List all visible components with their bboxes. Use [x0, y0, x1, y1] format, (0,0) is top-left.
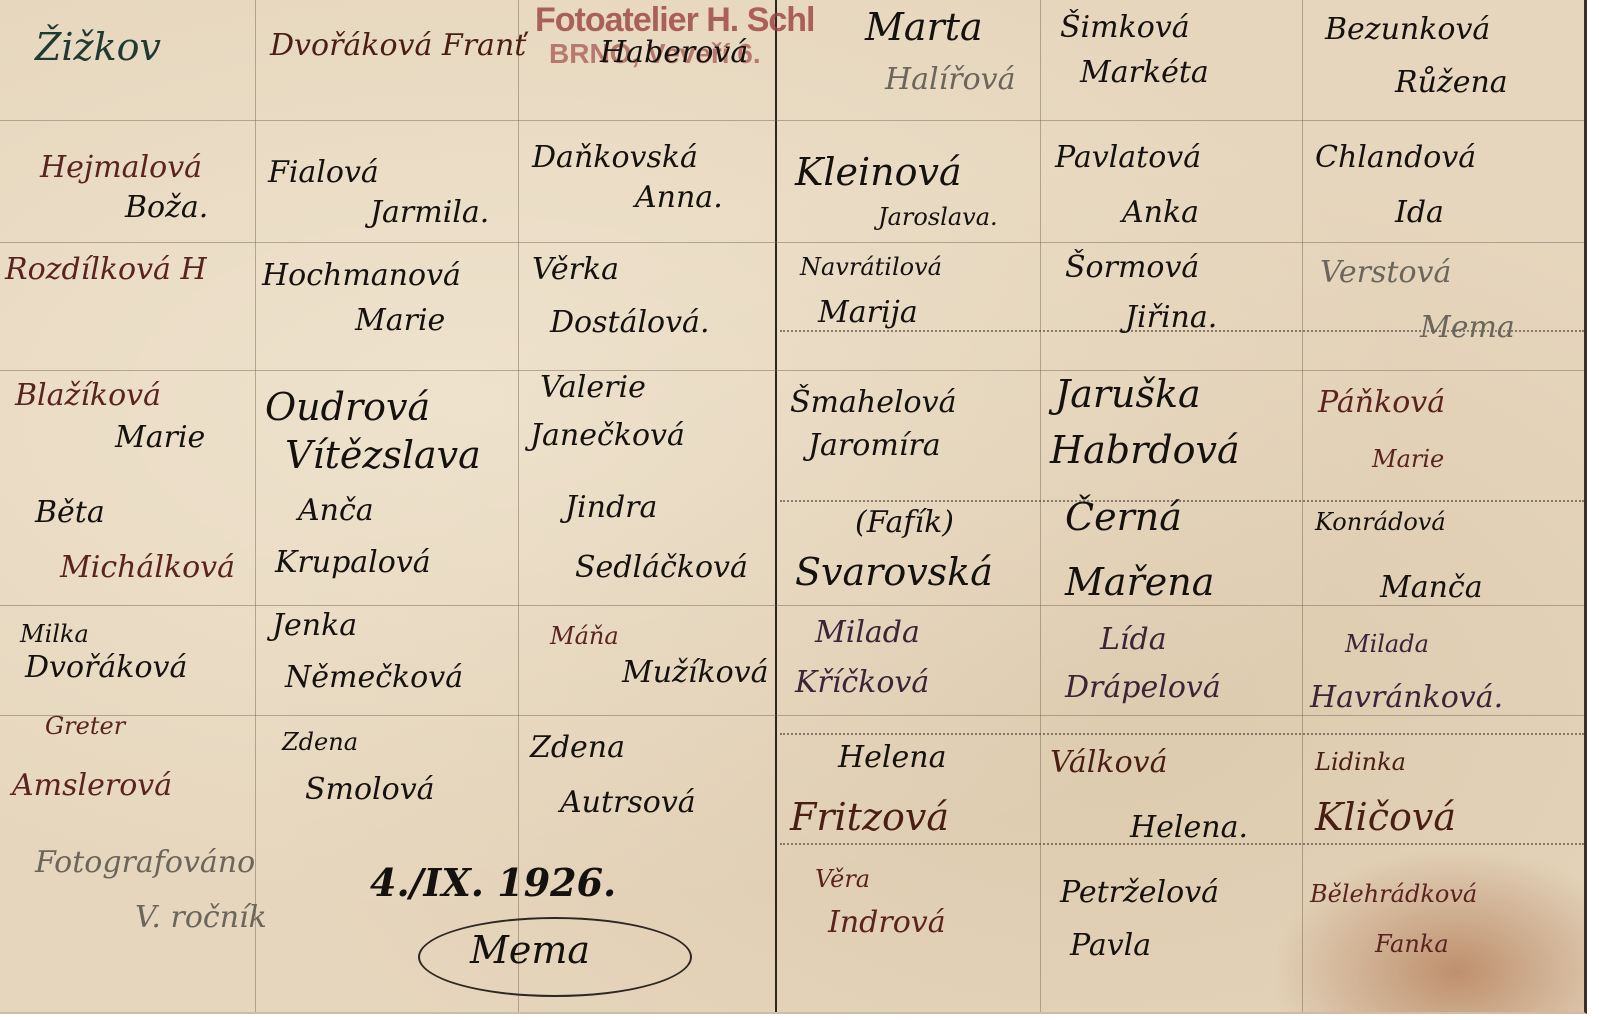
signature: Indrová	[828, 905, 946, 940]
signature: Lidinka	[1315, 748, 1406, 776]
signature: Fanka	[1375, 930, 1449, 958]
signature: Michálková	[60, 550, 235, 585]
signature: Fialová	[268, 155, 379, 190]
signature: Dostálová.	[550, 305, 709, 340]
signature: Autrsová	[560, 785, 696, 820]
signature: Blažíková	[15, 378, 161, 413]
grid-line	[0, 120, 1584, 121]
signature: Valerie	[540, 370, 646, 405]
grid-line	[780, 500, 1584, 502]
signature: Havránková.	[1310, 680, 1503, 715]
signature: Milada	[815, 615, 920, 650]
signature: Markéta	[1080, 55, 1209, 90]
signature: Páňková	[1318, 385, 1445, 420]
signature: Kleinová	[795, 150, 962, 194]
signature: Jiřina.	[1125, 300, 1217, 335]
signature: Zdena	[282, 728, 358, 756]
signature: Růžena	[1395, 65, 1508, 100]
signature: Oudrová	[265, 385, 430, 429]
signature: Smolová	[305, 772, 435, 807]
signature: Mužíková	[622, 655, 769, 690]
signature: Helena	[838, 740, 946, 775]
center-divider	[775, 0, 777, 1012]
signature: Bezunková	[1325, 12, 1490, 47]
grid-line	[0, 605, 1584, 606]
signature: Janečková	[530, 418, 685, 453]
signature: Vítězslava	[285, 433, 481, 477]
signature: Pavla	[1070, 928, 1151, 963]
signature: Dvořáková	[25, 650, 187, 685]
signature: Jaruška	[1055, 372, 1201, 416]
signature: Daňkovská	[532, 140, 698, 175]
signature: Boža.	[125, 190, 208, 225]
signature: Mařena	[1065, 560, 1214, 604]
signature: Marija	[818, 295, 918, 330]
signature: Ida	[1395, 195, 1444, 230]
signature: Hejmalová	[40, 150, 202, 185]
signature: Milka	[20, 620, 89, 648]
signature: Anča	[298, 493, 374, 528]
signature: Jaromíra	[808, 428, 941, 463]
grid-line	[1302, 0, 1303, 1012]
signature: Dvořáková Franť	[270, 28, 526, 63]
signature: Greter	[45, 712, 125, 740]
pencil-note: V. ročník	[135, 900, 267, 935]
signature: Navrátilová	[800, 253, 942, 281]
signature: Krupalová	[275, 545, 431, 580]
signature: (Fafík)	[855, 505, 954, 540]
grid-line	[0, 370, 1584, 371]
signature: Šimková	[1060, 10, 1190, 45]
signature: Verstová	[1320, 255, 1451, 290]
signature: Jindra	[565, 490, 657, 525]
signature: Halířová	[885, 62, 1015, 97]
stamp-line-1: Fotoatelier H. Schl	[535, 2, 815, 39]
signature: Kříčková	[795, 665, 929, 700]
signature: Fritzová	[790, 795, 949, 839]
signature: Černá	[1065, 495, 1182, 539]
signature: Chlandová	[1315, 140, 1476, 175]
signature: Běta	[35, 495, 105, 530]
circled-signature: Mema	[470, 928, 590, 972]
signature: Anka	[1122, 195, 1199, 230]
pencil-note: Fotografováno	[35, 845, 255, 880]
signature: Marie	[355, 303, 445, 338]
signature: Anna.	[635, 180, 723, 215]
signature: Jaroslava.	[878, 203, 998, 231]
grid-line	[0, 715, 1584, 716]
signature: Amslerová	[12, 768, 172, 803]
signature: Marie	[1372, 445, 1444, 473]
signature: Jenka	[272, 608, 357, 643]
signature: Zdena	[530, 730, 625, 765]
signature: Petrželová	[1060, 875, 1219, 910]
signature: Rozdílková H	[5, 252, 207, 287]
signature: Šormová	[1065, 250, 1199, 285]
signature: Helena.	[1130, 810, 1248, 845]
signature: Bělehrádková	[1310, 880, 1477, 908]
signature: Sedláčková	[575, 550, 748, 585]
signature: Šmahelová	[790, 385, 956, 420]
signature: Válková	[1050, 745, 1167, 780]
signature: Svarovská	[795, 550, 993, 594]
postcard: Fotoatelier H. Schl BRNO, Veveří 6. Žižk…	[0, 0, 1587, 1014]
signature: Hochmanová	[262, 258, 461, 293]
signature: Máňa	[550, 622, 619, 650]
signature: Konrádová	[1315, 508, 1446, 536]
signature: Pavlatová	[1055, 140, 1201, 175]
date: 4./IX. 1926.	[370, 860, 616, 905]
signature: Habrdová	[1050, 428, 1240, 472]
signature: Haberová	[600, 35, 748, 70]
signature: Drápelová	[1065, 670, 1221, 705]
signature: Kličová	[1315, 795, 1456, 839]
signature: Mema	[1420, 310, 1515, 345]
signature: Marta	[865, 5, 983, 49]
signature: Věrka	[532, 252, 619, 287]
signature: Manča	[1380, 570, 1483, 605]
signature: Němečková	[285, 660, 463, 695]
signature: Žižkov	[35, 25, 161, 69]
signature: Jarmila.	[370, 195, 489, 230]
grid-line	[1040, 0, 1041, 1012]
grid-line	[0, 242, 1584, 243]
grid-line	[780, 733, 1584, 735]
signature: Marie	[115, 420, 205, 455]
signature: Milada	[1345, 630, 1429, 658]
signature: Věra	[815, 865, 870, 893]
signature: Lída	[1100, 622, 1167, 657]
